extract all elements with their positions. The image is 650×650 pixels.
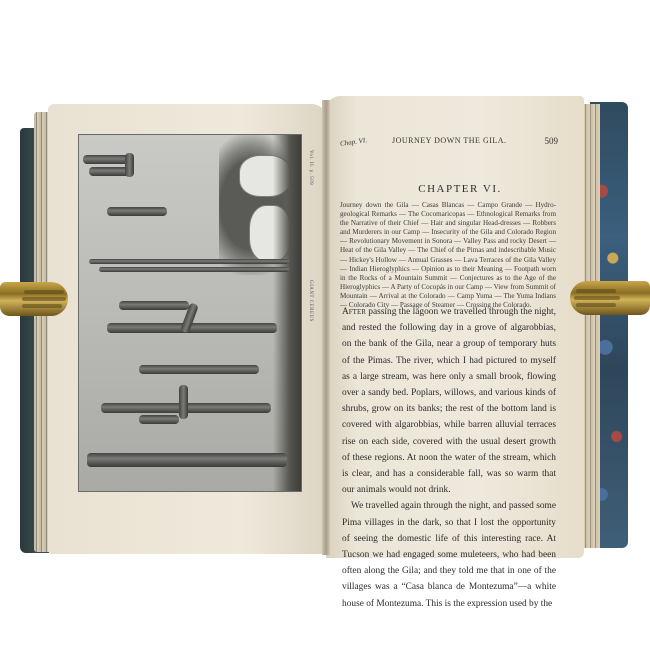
- cactus-engraving: [78, 134, 302, 492]
- ground-illustration: [273, 135, 301, 491]
- paragraph: After passing the lagoon we travelled th…: [342, 304, 556, 498]
- cactus-illustration: [119, 301, 189, 310]
- cactus-illustration: [89, 259, 289, 264]
- book-gutter: [322, 100, 330, 555]
- paragraph-text: We travelled again through the night, an…: [342, 501, 556, 608]
- cactus-illustration: [87, 453, 287, 467]
- cactus-illustration: [179, 385, 188, 419]
- finger-detail: [22, 304, 62, 308]
- chapter-title: CHAPTER VI.: [340, 183, 580, 195]
- cactus-illustration: [139, 365, 259, 374]
- finger-detail: [576, 289, 616, 293]
- cactus-illustration: [125, 153, 134, 177]
- brass-hand-clip-right: [570, 281, 650, 315]
- paragraph-text: passing the lagoon we travelled through …: [342, 307, 556, 495]
- running-head-title: JOURNEY DOWN THE GILA.: [392, 136, 507, 145]
- cactus-illustration: [107, 207, 167, 216]
- book-photo: Vol. II. p. 509 GIANT CEREUS Chap. VI. J…: [0, 0, 650, 650]
- finger-detail: [22, 297, 66, 301]
- plate-reference-caption: Vol. II. p. 509: [308, 150, 313, 185]
- plate-title-caption: GIANT CEREUS: [308, 280, 313, 322]
- finger-detail: [574, 296, 620, 300]
- paragraph: We travelled again through the night, an…: [342, 498, 556, 611]
- paragraph-lead: After: [342, 307, 366, 317]
- page-number: 509: [545, 136, 559, 146]
- brass-hand-clip-left: [0, 282, 68, 316]
- cactus-illustration: [107, 323, 277, 333]
- cactus-illustration: [139, 415, 179, 424]
- finger-detail: [24, 290, 64, 294]
- chapter-synopsis: Journey down the Gila — Casas Blancas — …: [340, 201, 556, 310]
- finger-detail: [576, 303, 616, 307]
- body-text: After passing the lagoon we travelled th…: [342, 304, 556, 612]
- cactus-illustration: [99, 267, 289, 272]
